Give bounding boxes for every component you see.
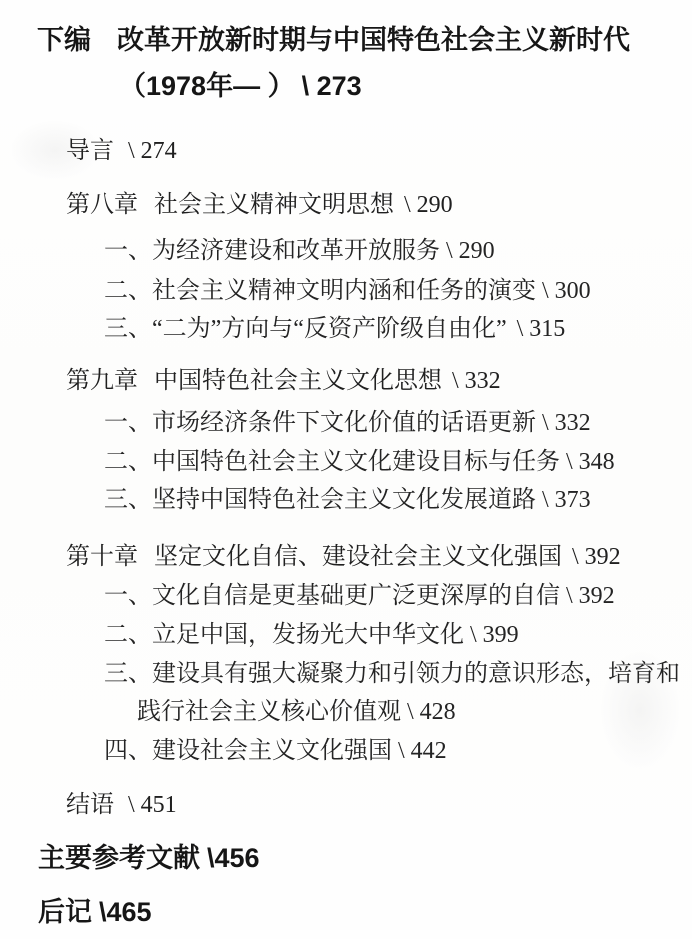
toc-postscript: 后记\465 [38,899,152,926]
section-label: 一、为经济建设和改革开放服务 [104,238,440,264]
section-page-number: \ 300 [542,278,591,304]
references-page-number: \456 [207,843,260,873]
intro-page-number: \ 274 [128,138,177,164]
chapter-10-heading: 第十章坚定文化自信、建设社会主义文化强国\ 392 [66,545,621,569]
chapter-8-heading: 第八章社会主义精神文明思想\ 290 [66,193,453,217]
section-label: 三、“二为”方向与“反资产阶级自由化” [104,316,507,342]
chapter-8-page-number: \ 290 [404,192,453,218]
part-label: 下编 [37,25,91,55]
chapter-9-heading: 第九章中国特色社会主义文化思想\ 332 [66,369,501,393]
section-label: 三、建设具有强大凝聚力和引领力的意识形态，培育和 [104,661,680,687]
section-page-number: \ 315 [517,316,566,342]
chapter-9-section-3: 三、坚持中国特色社会主义文化发展道路\ 373 [104,488,591,512]
section-label-continued: 践行社会主义核心价值观 [137,699,401,725]
section-label: 二、立足中国，发扬光大中华文化 [104,622,464,648]
chapter-9-section-2: 二、中国特色社会主义文化建设目标与任务\ 348 [104,450,615,474]
section-label: 一、文化自信是更基础更广泛更深厚的自信 [104,583,560,609]
chapter-10-section-3-line-1: 三、建设具有强大凝聚力和引领力的意识形态，培育和 [104,662,680,686]
chapter-8-section-1: 一、为经济建设和改革开放服务\ 290 [104,239,495,263]
section-label: 二、社会主义精神文明内涵和任务的演变 [104,278,536,304]
toc-intro: 导言\ 274 [66,139,177,163]
toc-conclusion: 结语\ 451 [66,793,177,817]
section-page-number: \ 428 [407,699,456,725]
chapter-8-section-3: 三、“二为”方向与“反资产阶级自由化”\ 315 [104,317,565,341]
chapter-8-title: 社会主义精神文明思想 [154,192,394,218]
section-page-number: \ 373 [542,487,591,513]
part-subtitle: （1978年— ）\ 273 [119,73,362,100]
chapter-9-title: 中国特色社会主义文化思想 [154,368,442,394]
section-label: 二、中国特色社会主义文化建设目标与任务 [104,449,560,475]
part-date-range: （1978年— ） [119,71,295,101]
section-label: 四、建设社会主义文化强国 [104,738,392,764]
chapter-10-section-1: 一、文化自信是更基础更广泛更深厚的自信\ 392 [104,584,615,608]
part-title: 改革开放新时期与中国特色社会主义新时代 [117,25,630,55]
chapter-10-title: 坚定文化自信、建设社会主义文化强国 [154,544,562,570]
postscript-page-number: \465 [99,897,152,927]
chapter-9-page-number: \ 332 [452,368,501,394]
toc-page: 下编改革开放新时期与中国特色社会主义新时代 （1978年— ）\ 273 导言\… [0,0,692,939]
section-page-number: \ 332 [542,410,591,436]
references-label: 主要参考文献 [38,843,200,873]
section-page-number: \ 348 [566,449,615,475]
postscript-label: 后记 [38,897,92,927]
chapter-10-section-3-line-2: 践行社会主义核心价值观\ 428 [137,700,456,724]
section-label: 一、市场经济条件下文化价值的话语更新 [104,410,536,436]
conclusion-label: 结语 [66,792,114,818]
chapter-10-number: 第十章 [66,544,138,570]
toc-references: 主要参考文献\456 [38,845,260,872]
section-label: 三、坚持中国特色社会主义文化发展道路 [104,487,536,513]
chapter-10-page-number: \ 392 [572,544,621,570]
section-page-number: \ 290 [446,238,495,264]
chapter-9-section-1: 一、市场经济条件下文化价值的话语更新\ 332 [104,411,591,435]
conclusion-page-number: \ 451 [128,792,177,818]
chapter-9-number: 第九章 [66,368,138,394]
part-heading: 下编改革开放新时期与中国特色社会主义新时代 [37,27,630,54]
chapter-8-section-2: 二、社会主义精神文明内涵和任务的演变\ 300 [104,279,591,303]
chapter-8-number: 第八章 [66,192,138,218]
intro-label: 导言 [66,138,114,164]
section-page-number: \ 399 [470,622,519,648]
chapter-10-section-2: 二、立足中国，发扬光大中华文化\ 399 [104,623,519,647]
part-page-number: \ 273 [302,71,362,101]
section-page-number: \ 392 [566,583,615,609]
section-page-number: \ 442 [398,738,447,764]
chapter-10-section-4: 四、建设社会主义文化强国\ 442 [104,739,447,763]
